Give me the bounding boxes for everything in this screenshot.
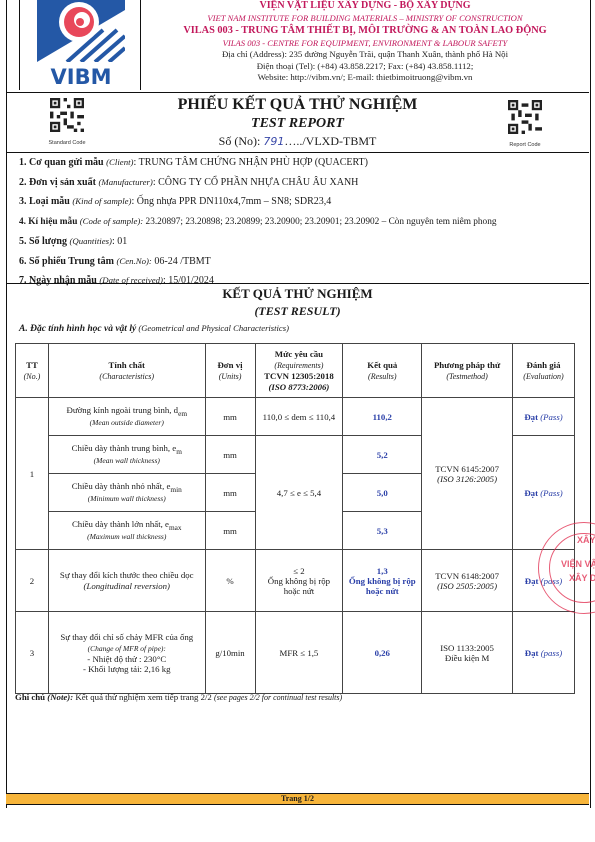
vibm-logo: VIBM	[19, 0, 141, 90]
results-title-vn: KẾT QUẢ THỬ NGHIỆM	[6, 286, 589, 302]
characteristic: Chiều dày thành trung bình, em(Mean wall…	[48, 436, 205, 474]
institute-name-en: VIET NAM INSTITUTE FOR BUILDING MATERIAL…	[141, 12, 589, 24]
svg-text:VIBM: VIBM	[51, 65, 112, 88]
result-value: 110,2	[343, 398, 422, 436]
info-quantities: 5. Số lượng (Quantities): 01	[6, 232, 589, 252]
evaluation: Đạt (Pass)	[513, 398, 575, 436]
test-method: TCVN 6145:2007(ISO 3126:2005)	[422, 398, 513, 550]
report-title-area: Standard Code PHIẾU KẾT QUẢ THỬ NGHIỆM T…	[6, 92, 589, 153]
divider	[6, 283, 589, 284]
section-a-heading: A. Đặc tính hình học và vật lý (Geometri…	[19, 323, 289, 334]
results-title-en: (TEST RESULT)	[6, 304, 589, 319]
col-units: Đơn vị(Units)	[205, 344, 255, 398]
unit: mm	[205, 436, 255, 474]
test-method: TCVN 6148:2007(ISO 2505:2005)	[422, 550, 513, 612]
col-testmethod: Phương pháp thử(Testmethod)	[422, 344, 513, 398]
col-results: Kết quả(Results)	[343, 344, 422, 398]
result-value: 5,2	[343, 436, 422, 474]
requirement: ≤ 2Ống không bị rộp hoặc nứt	[255, 550, 343, 612]
col-evaluation: Đánh giá(Evaluation)	[513, 344, 575, 398]
characteristic: Chiều dày thành lớn nhất, emax(Maximum w…	[48, 512, 205, 550]
characteristic: Chiều dày thành nhỏ nhất, emin(Minimum w…	[48, 474, 205, 512]
col-characteristics: Tính chất(Characteristics)	[48, 344, 205, 398]
row-no: 1	[16, 398, 49, 550]
address: Địa chỉ (Address): 235 đường Nguyễn Trãi…	[141, 49, 589, 61]
col-requirements: Mức yêu cầu(Requirements)TCVN 12305:2018…	[255, 344, 343, 398]
centre-name-vn: VILAS 003 - TRUNG TÂM THIẾT BỊ, MÔI TRƯỜ…	[141, 24, 589, 37]
table-row: 3 Sự thay đổi chỉ số chảy MFR của ống (C…	[16, 612, 575, 694]
page-footer: Trang 1/2	[6, 793, 589, 805]
institute-name-vn: VIỆN VẬT LIỆU XÂY DỰNG - BỘ XÂY DỰNG	[141, 0, 589, 12]
unit: g/10min	[205, 612, 255, 694]
report-title-en: TEST REPORT	[6, 116, 589, 132]
results-table: TT(No.) Tính chất(Characteristics) Đơn v…	[15, 343, 575, 694]
unit: mm	[205, 398, 255, 436]
requirement: 4,7 ≤ e ≤ 5,4	[255, 436, 343, 550]
report-title-vn: PHIẾU KẾT QUẢ THỬ NGHIỆM	[6, 96, 589, 114]
report-number-handwritten: 791	[263, 135, 284, 148]
characteristic: Sự thay đổi chỉ số chảy MFR của ống (Cha…	[48, 612, 205, 694]
col-no: TT(No.)	[16, 344, 49, 398]
requirement: MFR ≤ 1,5	[255, 612, 343, 694]
institute-block: VIỆN VẬT LIỆU XÂY DỰNG - BỘ XÂY DỰNG VIE…	[141, 0, 589, 84]
sample-info-list: 1. Cơ quan gửi mẫu (Client): TRUNG TÂM C…	[6, 153, 589, 291]
table-row: 1 Đường kính ngoài trung bình, dem(Mean …	[16, 398, 575, 436]
info-client: 1. Cơ quan gửi mẫu (Client): TRUNG TÂM C…	[6, 153, 589, 173]
table-row: 2 Sự thay đổi kích thước theo chiều dọc …	[16, 550, 575, 612]
phone-fax: Điện thoại (Tel): (+84) 43.858.2217; Fax…	[141, 61, 589, 73]
row-no: 3	[16, 612, 49, 694]
unit: mm	[205, 512, 255, 550]
row-no: 2	[16, 550, 49, 612]
centre-name-en: VILAS 003 - CENTRE FOR EQUIPMENT, ENVIRO…	[141, 37, 589, 49]
info-centre-number: 6. Số phiếu Trung tâm (Cen.No): 06-24 /T…	[6, 252, 589, 272]
result-value: 5,0	[343, 474, 422, 512]
evaluation: Đạt (pass)	[513, 612, 575, 694]
table-header-row: TT(No.) Tính chất(Characteristics) Đơn v…	[16, 344, 575, 398]
unit: mm	[205, 474, 255, 512]
characteristic: Đường kính ngoài trung bình, dem(Mean ou…	[48, 398, 205, 436]
info-kind-of-sample: 3. Loại mẫu (Kind of sample): Ống nhựa P…	[6, 192, 589, 212]
characteristic: Sự thay đổi kích thước theo chiều dọc (L…	[48, 550, 205, 612]
note: Ghi chú (Note): Kết quả thử nghiệm xem t…	[15, 692, 342, 702]
vibm-logo-icon: VIBM	[37, 0, 125, 88]
info-code-of-sample: 4. Kí hiệu mẫu (Code of sample): 23.2089…	[6, 212, 589, 233]
result-value: 0,26	[343, 612, 422, 694]
letterhead: VIBM VIỆN VẬT LIỆU XÂY DỰNG - BỘ XÂY DỰN…	[6, 0, 589, 93]
test-method: ISO 1133:2005Điều kiện M	[422, 612, 513, 694]
info-manufacturer: 2. Đơn vị sản xuất (Manufacturer): CÔNG …	[6, 173, 589, 193]
website-email: Website: http://vibm.vn/; E-mail: thietb…	[141, 72, 589, 84]
report-code-label: Report Code	[500, 142, 550, 148]
result-value: 1,3Ống không bị rộp hoặc nứt	[343, 550, 422, 612]
result-value: 5,3	[343, 512, 422, 550]
unit: %	[205, 550, 255, 612]
requirement: 110,0 ≤ dem ≤ 110,4	[255, 398, 343, 436]
qr-code-icon	[508, 100, 542, 134]
